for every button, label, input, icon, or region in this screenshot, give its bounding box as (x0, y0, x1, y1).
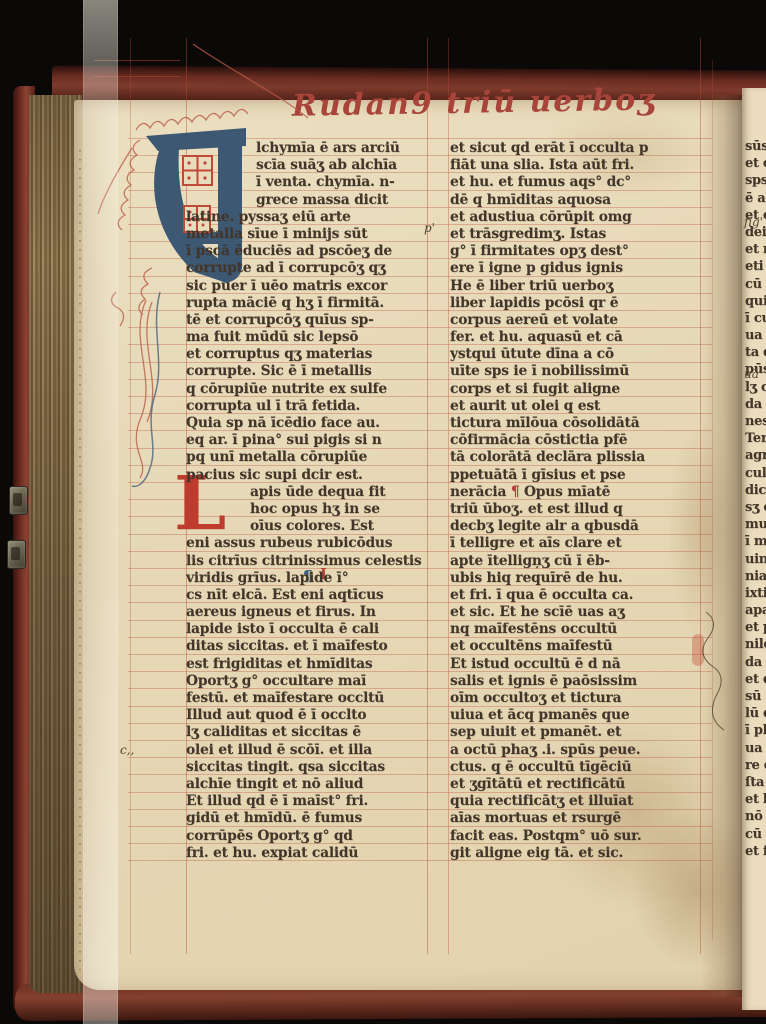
text-line: q cōrupiūe nutrite ex sulfe (186, 381, 438, 398)
text-line: et p (745, 619, 766, 636)
text-line: et nū (745, 241, 766, 258)
text-line: eni assus rubeus rubicōdus (186, 535, 438, 552)
text-line: ixti (745, 585, 766, 602)
text-line: nilo (745, 636, 766, 653)
text-line: tā colorātā declāra plissia (450, 449, 702, 466)
text-line: ī cult (745, 310, 766, 327)
text-line: culū (745, 465, 766, 482)
text-line: nerācia ¶ Opus mīatē (450, 484, 702, 501)
text-line: viridis grīus. lapide ī° (186, 570, 438, 587)
text-line: et occultēns maīfestū (450, 638, 702, 655)
text-line: lis citrīus citrinissimus celestis (186, 553, 438, 570)
text-line: et q (745, 671, 766, 688)
margin-note-fig: fig' (744, 216, 763, 229)
text-line: dē q hmīditas aquosa (450, 192, 702, 209)
text-line: lʒ caliditas et siccitas ē (186, 724, 438, 741)
text-line: pq unī metalla cōrupiūe (186, 449, 438, 466)
text-line: et sicut qd erāt ī occulta p (450, 140, 702, 157)
text-line: et ſi (745, 843, 766, 860)
text-line: facit eas. Postqm° uō sur. (450, 828, 702, 845)
text-line: apte ītelligņʒ cū ī ēb- (450, 553, 702, 570)
text-line: ere ī igne p gidus ignis (450, 260, 702, 277)
column1-paragraph1-wrapped: lchymīa ē ars arciūscīa suāʒ ab alchīaī … (186, 140, 438, 209)
text-line: corrūpēs Oportʒ g° qd (186, 828, 438, 845)
text-column-2: et sicut qd erāt ī occulta pfiāt una sli… (450, 140, 702, 862)
text-line: ī ple (745, 722, 766, 739)
text-line: et fri. ī qua ē occulta ca. (450, 587, 702, 604)
text-line: apis ūde dequa fit (250, 484, 438, 501)
text-line: sps r (745, 172, 766, 189)
text-line: et trāsgredimʒ. Istas (450, 226, 702, 243)
text-line: fer. et hu. aquasū et cā (450, 329, 702, 346)
text-line: alchīe tingit et nō aliud (186, 776, 438, 793)
text-line: niar (745, 568, 766, 585)
text-line: et adustiua cōrūpit omg (450, 209, 702, 226)
text-line: aīas mortuas et rsurgē (450, 810, 702, 827)
text-line: olei et illud ē scōī. et illa (186, 742, 438, 759)
text-line: eti h (745, 258, 766, 275)
text-line: sū d (745, 688, 766, 705)
running-title: Rudan9 triū uerboʒ (292, 79, 613, 131)
text-line: ī my (745, 533, 766, 550)
margin-note-left: c,, (120, 744, 134, 757)
text-line: ubis hiq requīrē de hu. (450, 570, 702, 587)
text-line: fri. et hu. expiat calidū (186, 845, 438, 862)
text-line: decbʒ legite alr a qbusdā (450, 518, 702, 535)
text-line: sep uiuit et pmanēt. et (450, 724, 702, 741)
text-line: et sic. Et he scīē uas aʒ (450, 604, 702, 621)
gutter-shadow (700, 95, 744, 997)
text-column-1: lchymīa ē ars arciūscīa suāʒ ab alchīaī … (186, 140, 438, 862)
text-line: tictura mīlōua cōsolidātā (450, 415, 702, 432)
text-line: oīm occultoʒ et tictura (450, 690, 702, 707)
facing-page-text: sūs pet cūsps rē alcet cūdei cet nūeti h… (745, 138, 766, 860)
text-line: Et illud qd ē ī maīst° fri. (186, 793, 438, 810)
text-line: ditas siccitas. et ī maīfesto (186, 638, 438, 655)
text-line: Terr (745, 430, 766, 447)
tape-strip (83, 0, 118, 1024)
text-line: git aligne eig tā. et sic. (450, 845, 702, 862)
column1-paragraph1: latine. pyssaʒ eiū artemetalla sīue ī mi… (186, 209, 438, 484)
text-line: grece massa dicit (256, 192, 438, 209)
sewing-dots (79, 150, 81, 970)
text-line: eq ar. ī pina° sui pigis si n (186, 432, 438, 449)
book-clasp-top (9, 486, 28, 515)
text-line: ppetuātā ī gīsius et pse (450, 467, 702, 484)
margin-note-gutter: p' (424, 222, 435, 235)
text-line: ī pscā ēduciēs ad pscōeʒ de (186, 243, 438, 260)
text-line: agri (745, 447, 766, 464)
text-line: uīte sps ie ī nobilissimū (450, 363, 702, 380)
text-line: tē et corrupcōʒ quīus sp- (186, 312, 438, 329)
text-line: et hu. et fumus aqs° dc° (450, 174, 702, 191)
text-line: salis et ignis ē paōsissim (450, 673, 702, 690)
text-line: lū q (745, 705, 766, 722)
text-line: a octū phaʒ .i. spūs peue. (450, 742, 702, 759)
text-line: sūs p (745, 138, 766, 155)
column2-text: et sicut qd erāt ī occulta pfiāt una sli… (450, 140, 702, 862)
text-line: ystqui ūtute dīna a cō (450, 346, 702, 363)
text-line: Illud aut quod ē ī occlto (186, 707, 438, 724)
text-line: festū. et maīfestare occltū (186, 690, 438, 707)
text-line: lʒ co (745, 379, 766, 396)
text-line: ſta q (745, 774, 766, 791)
text-line: et corruptus qʒ materias (186, 346, 438, 363)
text-line: gidū et hmīdū. ē fumus (186, 810, 438, 827)
text-line: He ē liber triū uerboʒ (450, 278, 702, 295)
text-line: quia rectificātʒ et illuīat (450, 793, 702, 810)
text-line: metalla sīue ī minijs sūt (186, 226, 438, 243)
text-line: cs nīt elcā. Est eni aqtīcus (186, 587, 438, 604)
text-line: corrupte ad ī corrupcōʒ qʒ (186, 260, 438, 277)
text-line: g° ī firmitates opʒ dest° (450, 243, 702, 260)
text-line: corrupta ul ī trā fetida. (186, 398, 438, 415)
text-line: aereus igneus et firus. In (186, 604, 438, 621)
text-line: ī telligre et aīs clare et (450, 535, 702, 552)
book-clasp-bottom (7, 540, 26, 569)
text-line: pacius sic supi dcir est. (186, 467, 438, 484)
text-line: rupta māciē q hʒ ī firmitā. (186, 295, 438, 312)
text-line: Et istud occultū ē d nā (450, 656, 702, 673)
text-line: corps et si fugit aligne (450, 381, 702, 398)
text-line: quis (745, 293, 766, 310)
text-line: et aurit ut olei q est (450, 398, 702, 415)
text-line: ē alc (745, 190, 766, 207)
text-line: oīus colores. Est (250, 518, 438, 535)
text-line: Oportʒ g° occultare maī (186, 673, 438, 690)
text-line: scīa suāʒ ab alchīa (256, 157, 438, 174)
text-line: ma fuit mūdū sic lepsō (186, 329, 438, 346)
text-line: da ti (745, 396, 766, 413)
text-line: nq maīfestēns occultū (450, 621, 702, 638)
text-line: uiua et ācq pmanēs que (450, 707, 702, 724)
text-line: et ʒgītātū et rectificātū (450, 776, 702, 793)
facing-page-sliver: sūs pet cūsps rē alcet cūdei cet nūeti h… (742, 88, 766, 1010)
text-line: mue (745, 516, 766, 533)
text-line: sʒ ca (745, 499, 766, 516)
column1-paragraph2-wrapped: apis ūde dequa fithoc opus hʒ in seoīus … (186, 484, 438, 536)
manuscript-photo: Rudan9 triū uerboʒ L ¶ I lchymīa ē ars a… (0, 0, 766, 1024)
text-line: corpus aereū et volate (450, 312, 702, 329)
text-line: fiāt una slia. Ista aūt fri. (450, 157, 702, 174)
text-line: cū u (745, 276, 766, 293)
text-line: cōfirmācia cōstictia pfē (450, 432, 702, 449)
text-line: re ce (745, 757, 766, 774)
text-line: nesta (745, 413, 766, 430)
text-line: lchymīa ē ars arciū (256, 140, 438, 157)
text-line: ua d (745, 740, 766, 757)
text-line: cū r (745, 826, 766, 843)
margin-note-sliver: uā (744, 368, 759, 381)
text-line: et cū (745, 155, 766, 172)
text-line: siccitas tingit. qsa siccitas (186, 759, 438, 776)
ruling-vertical-left-margin (130, 38, 131, 954)
text-line: est frigiditas et hmīditas (186, 656, 438, 673)
ruling-vertical-intercolumn-2 (448, 38, 449, 954)
text-line: ta dē (745, 344, 766, 361)
text-line: hoc opus hʒ in se (250, 501, 438, 518)
text-line: sic puer ī uēo matris excor (186, 278, 438, 295)
text-line: dic e (745, 482, 766, 499)
text-line: liber lapidis pcōsi qr ē (450, 295, 702, 312)
text-line: ctus. q ē occultū tīgēciū (450, 759, 702, 776)
text-line: ua p (745, 327, 766, 344)
text-line: uing (745, 551, 766, 568)
text-line: Quia sp nā īcēdio face au. (186, 415, 438, 432)
text-line: latine. pyssaʒ eiū arte (186, 209, 438, 226)
text-line: lapide isto ī occulta ē cali (186, 621, 438, 638)
text-line: et b (745, 791, 766, 808)
text-line: corrupte. Sic ē ī metallis (186, 363, 438, 380)
text-line: ī venta. chymīa. n- (256, 174, 438, 191)
text-line: apa (745, 602, 766, 619)
text-line: triū ūboʒ. et est illud q (450, 501, 702, 518)
column1-paragraph2: eni assus rubeus rubicōduslis citrīus ci… (186, 535, 438, 862)
text-line: nō s (745, 808, 766, 825)
text-line: da n (745, 654, 766, 671)
